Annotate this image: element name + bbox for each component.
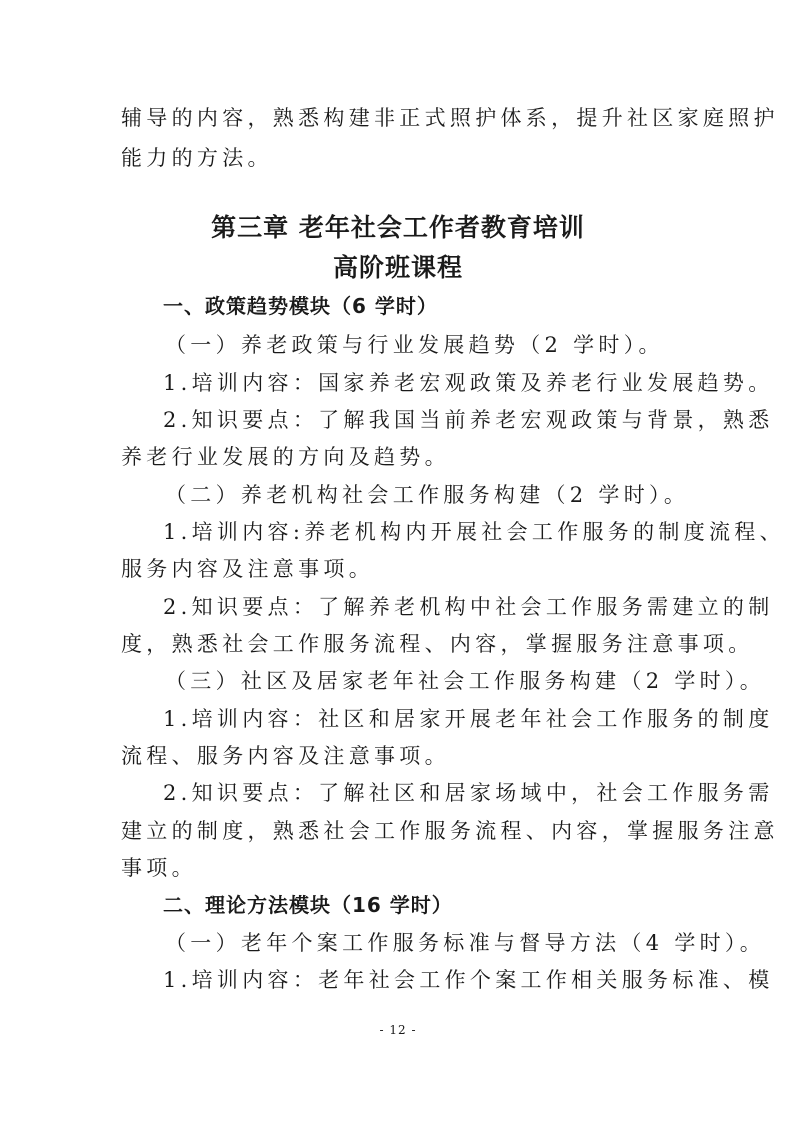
subsection-title: （一）养老政策与行业发展趋势（2 学时）。: [165, 331, 664, 359]
subsection-title: （二）养老机构社会工作服务构建（2 学时）。: [165, 481, 689, 509]
training-content-cont: 服务内容及注意事项。: [121, 555, 374, 583]
knowledge-points-cont: 度，熟悉社会工作服务流程、内容，掌握服务注意事项。: [121, 630, 754, 658]
subsection-title: （三）社区及居家老年社会工作服务构建（2 学时）。: [165, 667, 765, 695]
training-content: 1.培训内容：社区和居家开展老年社会工作服务的制度: [163, 705, 774, 733]
knowledge-points-cont: 事项。: [121, 854, 197, 882]
page-number: - 12 -: [0, 1023, 796, 1037]
paragraph-line: 能力的方法。: [121, 144, 273, 172]
knowledge-points: 2.知识要点：了解社区和居家场域中，社会工作服务需: [163, 779, 774, 807]
knowledge-points-cont: 建立的制度，熟悉社会工作服务流程、内容，掌握服务注意: [121, 817, 779, 845]
knowledge-points-cont: 养老行业发展的方向及趋势。: [121, 443, 450, 471]
training-content: 1.培训内容:养老机构内开展社会工作服务的制度流程、: [163, 518, 785, 546]
subsection-title: （一）老年个案工作服务标准与督导方法（4 学时）。: [165, 929, 765, 957]
chapter-title: 第三章 老年社会工作者教育培训: [0, 214, 796, 242]
training-content: 1.培训内容：国家养老宏观政策及养老行业发展趋势。: [163, 369, 774, 397]
training-content-cont: 流程、服务内容及注意事项。: [121, 742, 450, 770]
section-heading: 一、政策趋势模块（6 学时）: [163, 292, 438, 320]
training-content: 1.培训内容：老年社会工作个案工作相关服务标准、模: [163, 966, 774, 994]
knowledge-points: 2.知识要点：了解我国当前养老宏观政策与背景，熟悉: [163, 406, 774, 434]
section-heading: 二、理论方法模块（16 学时）: [163, 891, 453, 919]
chapter-subtitle: 高阶班课程: [0, 254, 796, 282]
knowledge-points: 2.知识要点：了解养老机构中社会工作服务需建立的制: [163, 593, 774, 621]
paragraph-line: 辅导的内容，熟悉构建非正式照护体系，提升社区家庭照护: [121, 104, 779, 132]
